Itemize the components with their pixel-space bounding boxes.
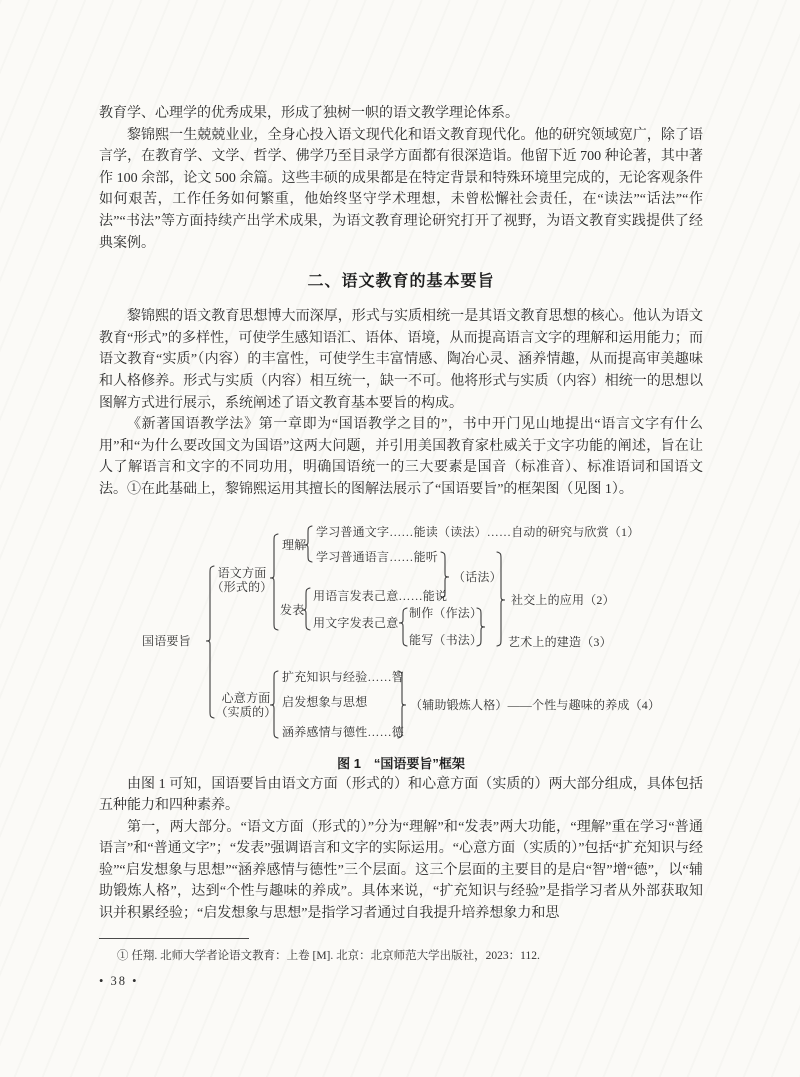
figure-caption: 图 1 “国语要旨”框架 [99, 754, 703, 774]
figure-node-root: 国语要旨 [142, 633, 191, 649]
body-paragraph-2: 黎锦熙一生兢兢业业，全身心投入语文现代化和语文教育现代化。他的研究领域宽广，除了… [99, 125, 703, 255]
figure-node-row-write-intro: 用文字发表己意 [313, 615, 398, 631]
figure-node-understand: 理解 [282, 537, 306, 553]
figure-guoyu-yaozhi-diagram: 国语要旨 语文方面 （形式的） 理解 学习普通文字……能读（读法）……自动的研究… [99, 522, 703, 750]
figure-node-social: 社交上的应用（2） [511, 592, 615, 608]
text-column: 教育学、心理学的优秀成果，形成了独树一帜的语文教学理论体系。 黎锦熙一生兢兢业业… [99, 103, 703, 989]
figure-node-formal-sub: （形式的） [211, 580, 272, 594]
figure-node-row-listen: 学习普通语言……能听 [316, 549, 438, 565]
section-heading: 二、语文教育的基本要旨 [99, 271, 703, 293]
figure-node-express: 发表 [280, 602, 304, 618]
page-number: • 38 • [99, 973, 703, 989]
figure-node-speech: （话法） [453, 569, 502, 585]
brace-social-tall-close [497, 552, 505, 646]
figure-node-formal-label: 语文方面 [218, 566, 267, 580]
figure-node-mental: 心意方面 （实质的） [215, 691, 277, 719]
body-paragraph-6: 第一，两大部分。“语文方面（形式的）”分为“理解”和“发表”两大功能，“理解”重… [99, 817, 703, 925]
body-paragraph-3: 黎锦熙的语文教育思想博大而深厚，形式与实质相统一是其语文教育思想的核心。他认为语… [99, 306, 703, 414]
figure-node-row-imagine: 启发想象与思想 [282, 694, 367, 710]
body-paragraph-1: 教育学、心理学的优秀成果，形成了独树一帜的语文教学理论体系。 [99, 103, 703, 125]
body-paragraph-5: 由图 1 可知，国语要旨由语文方面（形式的）和心意方面（实质的）两大部分组成，具… [99, 774, 703, 817]
brace-writing-pair [399, 608, 407, 646]
body-paragraph-4: 《新著国语教学法》第一章即为“国语教学之目的”，书中开门见山地提出“语言文字有什… [99, 414, 703, 500]
figure-node-write: 能写（书法） [409, 632, 482, 648]
document-page: 教育学、心理学的优秀成果，形成了独树一帜的语文教学理论体系。 黎锦熙一生兢兢业业… [0, 0, 800, 1077]
figure-node-row-speak: 用语言发表己意……能说 [313, 588, 447, 604]
figure-node-make: 制作（作法） [409, 605, 482, 621]
figure-node-row-knowledge: 扩充知识与经验……智 [282, 669, 404, 685]
figure-node-mental-label: 心意方面 [222, 691, 271, 705]
footnote-divider [99, 938, 249, 939]
footnote-text: ① 任翔. 北师大学者论语文教育：上卷 [M]. 北京：北京师范大学出版社，20… [99, 948, 703, 965]
figure-node-row-moral: 涵养感情与德性……德 [282, 724, 404, 740]
figure-node-result: （辅助锻炼人格）——个性与趣味的养成（4） [410, 697, 660, 713]
figure-node-row-read: 学习普通文字……能读（读法）……自动的研究与欣赏（1） [316, 524, 639, 540]
figure-node-mental-sub: （实质的） [215, 705, 276, 719]
figure-node-formal: 语文方面 （形式的） [211, 566, 273, 594]
figure-node-art: 艺术上的建造（3） [508, 634, 612, 650]
